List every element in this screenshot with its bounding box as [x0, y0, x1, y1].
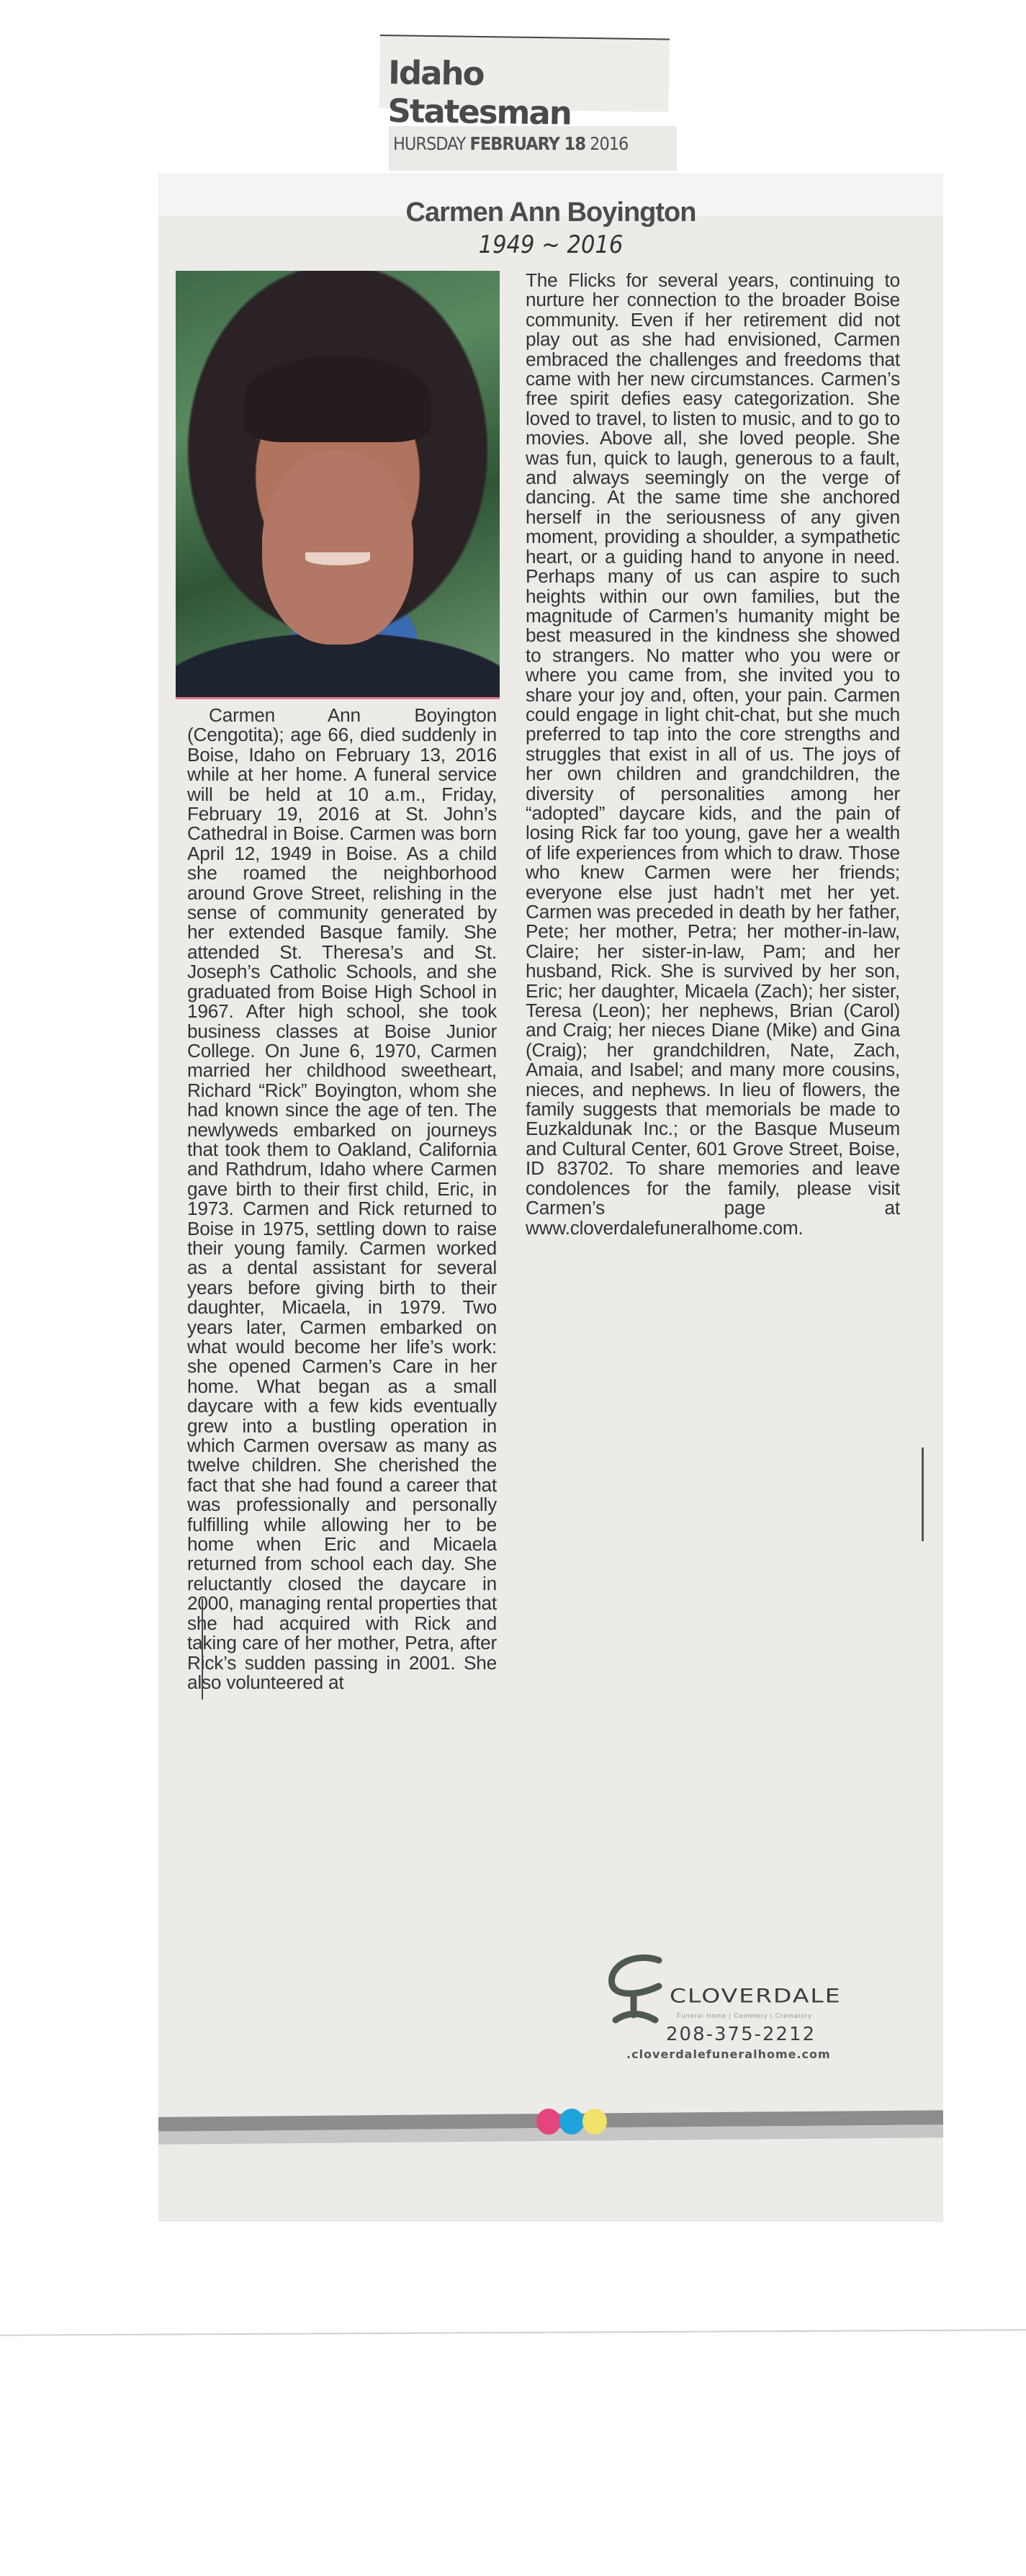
- portrait-photo: [176, 271, 500, 699]
- portrait-face: [262, 450, 413, 645]
- yellow-dot-icon: [582, 2109, 607, 2135]
- magenta-dot-icon: [536, 2109, 561, 2135]
- masthead-clipping: Idaho Statesman: [379, 35, 670, 112]
- scan-edge-line: [0, 2329, 1026, 2335]
- obituary-column-right: The Flicks for several years, continuing…: [526, 271, 900, 1238]
- obituary-years: 1949 ~ 2016: [158, 230, 943, 259]
- date-month-day: FEBRUARY 18: [470, 133, 585, 154]
- funeral-home-phone: 208-375-2212: [666, 2024, 816, 2045]
- registration-marks: [536, 2109, 606, 2135]
- newspaper-title: Idaho Statesman: [387, 53, 669, 133]
- funeral-home-website: .cloverdalefuneralhome.com: [626, 2047, 831, 2061]
- date-year: 2016: [590, 133, 628, 154]
- publication-date: HURSDAY FEBRUARY 18 2016: [393, 133, 628, 154]
- date-clipping: HURSDAY FEBRUARY 18 2016: [389, 126, 677, 171]
- funeral-home-name: CLOVERDALE: [670, 1985, 842, 2007]
- portrait-hair: [244, 356, 431, 442]
- funeral-home-ad: CLOVERDALE Funeral Home | Cemetery | Cre…: [590, 1952, 893, 2060]
- portrait-smile: [305, 552, 370, 565]
- date-weekday: HURSDAY: [393, 133, 465, 154]
- funeral-home-tagline: Funeral Home | Cemetery | Crematory: [677, 2012, 812, 2019]
- cyan-dot-icon: [559, 2109, 584, 2135]
- obituary-column-left: Carmen Ann Boyington (Cengotita); age 66…: [187, 706, 497, 1692]
- obituary-name: Carmen Ann Boyington: [158, 197, 943, 228]
- obituary-clipping: Carmen Ann Boyington 1949 ~ 2016 Carmen …: [158, 173, 943, 2222]
- column-rule: [202, 1599, 203, 1700]
- edge-rule: [922, 1448, 924, 1541]
- cloverdale-c-logo-icon: [605, 1952, 670, 2024]
